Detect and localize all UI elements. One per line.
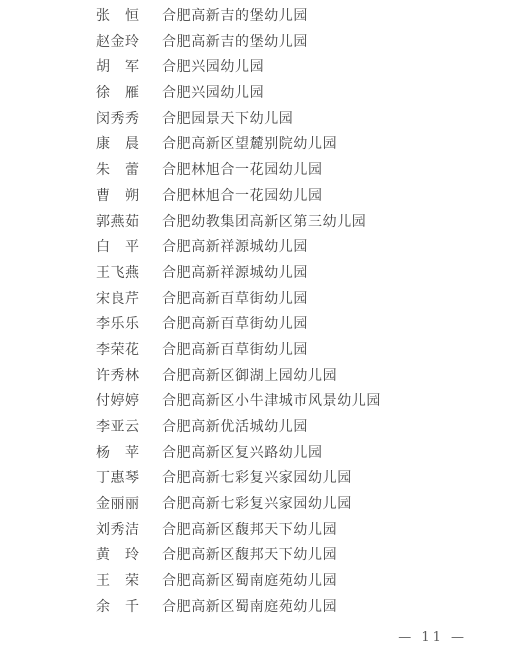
kindergarten-name: 合肥高新吉的堡幼儿园: [162, 4, 308, 30]
list-item: 黄 玲合肥高新区馥邦天下幼儿园: [96, 543, 523, 569]
person-name: 余 千: [96, 595, 141, 621]
list-item: 丁惠琴合肥高新七彩复兴家园幼儿园: [96, 466, 523, 492]
kindergarten-name: 合肥高新区御湖上园幼儿园: [162, 364, 337, 390]
list-item: 金丽丽合肥高新七彩复兴家园幼儿园: [96, 492, 523, 518]
kindergarten-name: 合肥幼教集团高新区第三幼儿园: [162, 210, 366, 236]
person-name: 李乐乐: [96, 312, 141, 338]
person-name: 张 恒: [96, 4, 141, 30]
person-name: 金丽丽: [96, 492, 141, 518]
list-item: 白 平合肥高新祥源城幼儿园: [96, 235, 523, 261]
kindergarten-name: 合肥高新区馥邦天下幼儿园: [162, 518, 337, 544]
list-item: 朱 蕾合肥林旭合一花园幼儿园: [96, 158, 523, 184]
list-item: 宋良芹合肥高新百草街幼儿园: [96, 287, 523, 313]
kindergarten-name: 合肥兴园幼儿园: [162, 81, 264, 107]
person-name: 闵秀秀: [96, 107, 141, 133]
list-item: 王飞燕合肥高新祥源城幼儿园: [96, 261, 523, 287]
list-item: 康 晨合肥高新区望麓别院幼儿园: [96, 132, 523, 158]
person-name: 赵金玲: [96, 30, 141, 56]
kindergarten-name: 合肥高新区蜀南庭苑幼儿园: [162, 569, 337, 595]
kindergarten-name: 合肥兴园幼儿园: [162, 55, 264, 81]
kindergarten-name: 合肥林旭合一花园幼儿园: [162, 158, 323, 184]
kindergarten-name: 合肥高新优活城幼儿园: [162, 415, 308, 441]
kindergarten-name: 合肥高新百草街幼儿园: [162, 312, 308, 338]
list-item: 刘秀洁合肥高新区馥邦天下幼儿园: [96, 518, 523, 544]
person-name: 付婷婷: [96, 389, 141, 415]
kindergarten-name: 合肥高新七彩复兴家园幼儿园: [162, 492, 352, 518]
list-item: 徐 雁合肥兴园幼儿园: [96, 81, 523, 107]
person-name: 李荣花: [96, 338, 141, 364]
kindergarten-name: 合肥高新七彩复兴家园幼儿园: [162, 466, 352, 492]
list-item: 杨 苹合肥高新区复兴路幼儿园: [96, 441, 523, 467]
list-item: 曹 朔合肥林旭合一花园幼儿园: [96, 184, 523, 210]
kindergarten-name: 合肥高新区复兴路幼儿园: [162, 441, 323, 467]
kindergarten-name: 合肥高新祥源城幼儿园: [162, 235, 308, 261]
document-page: 张 恒合肥高新吉的堡幼儿园 赵金玲合肥高新吉的堡幼儿园 胡 军合肥兴园幼儿园 徐…: [0, 0, 523, 652]
kindergarten-name: 合肥高新区小牛津城市风景幼儿园: [162, 389, 381, 415]
kindergarten-name: 合肥林旭合一花园幼儿园: [162, 184, 323, 210]
person-name: 许秀林: [96, 364, 141, 390]
person-name: 王飞燕: [96, 261, 141, 287]
list-item: 郭燕茹合肥幼教集团高新区第三幼儿园: [96, 210, 523, 236]
person-name: 朱 蕾: [96, 158, 141, 184]
person-name: 郭燕茹: [96, 210, 141, 236]
kindergarten-name: 合肥高新区望麓别院幼儿园: [162, 132, 337, 158]
page-number: — 11 —: [398, 630, 467, 645]
person-name: 丁惠琴: [96, 466, 141, 492]
person-name: 黄 玲: [96, 543, 141, 569]
teacher-roster: 张 恒合肥高新吉的堡幼儿园 赵金玲合肥高新吉的堡幼儿园 胡 军合肥兴园幼儿园 徐…: [96, 4, 523, 621]
list-item: 余 千合肥高新区蜀南庭苑幼儿园: [96, 595, 523, 621]
list-item: 胡 军合肥兴园幼儿园: [96, 55, 523, 81]
person-name: 曹 朔: [96, 184, 141, 210]
kindergarten-name: 合肥高新百草街幼儿园: [162, 338, 308, 364]
person-name: 康 晨: [96, 132, 141, 158]
list-item: 闵秀秀合肥园景天下幼儿园: [96, 107, 523, 133]
person-name: 胡 军: [96, 55, 141, 81]
kindergarten-name: 合肥高新区蜀南庭苑幼儿园: [162, 595, 337, 621]
person-name: 王 荣: [96, 569, 141, 595]
list-item: 李亚云合肥高新优活城幼儿园: [96, 415, 523, 441]
kindergarten-name: 合肥高新百草街幼儿园: [162, 287, 308, 313]
person-name: 杨 苹: [96, 441, 141, 467]
kindergarten-name: 合肥高新区馥邦天下幼儿园: [162, 543, 337, 569]
person-name: 徐 雁: [96, 81, 141, 107]
list-item: 李乐乐合肥高新百草街幼儿园: [96, 312, 523, 338]
list-item: 赵金玲合肥高新吉的堡幼儿园: [96, 30, 523, 56]
person-name: 刘秀洁: [96, 518, 141, 544]
list-item: 张 恒合肥高新吉的堡幼儿园: [96, 4, 523, 30]
person-name: 白 平: [96, 235, 141, 261]
list-item: 许秀林合肥高新区御湖上园幼儿园: [96, 364, 523, 390]
kindergarten-name: 合肥园景天下幼儿园: [162, 107, 293, 133]
list-item: 李荣花合肥高新百草街幼儿园: [96, 338, 523, 364]
kindergarten-name: 合肥高新祥源城幼儿园: [162, 261, 308, 287]
person-name: 宋良芹: [96, 287, 141, 313]
list-item: 王 荣合肥高新区蜀南庭苑幼儿园: [96, 569, 523, 595]
person-name: 李亚云: [96, 415, 141, 441]
list-item: 付婷婷合肥高新区小牛津城市风景幼儿园: [96, 389, 523, 415]
kindergarten-name: 合肥高新吉的堡幼儿园: [162, 30, 308, 56]
